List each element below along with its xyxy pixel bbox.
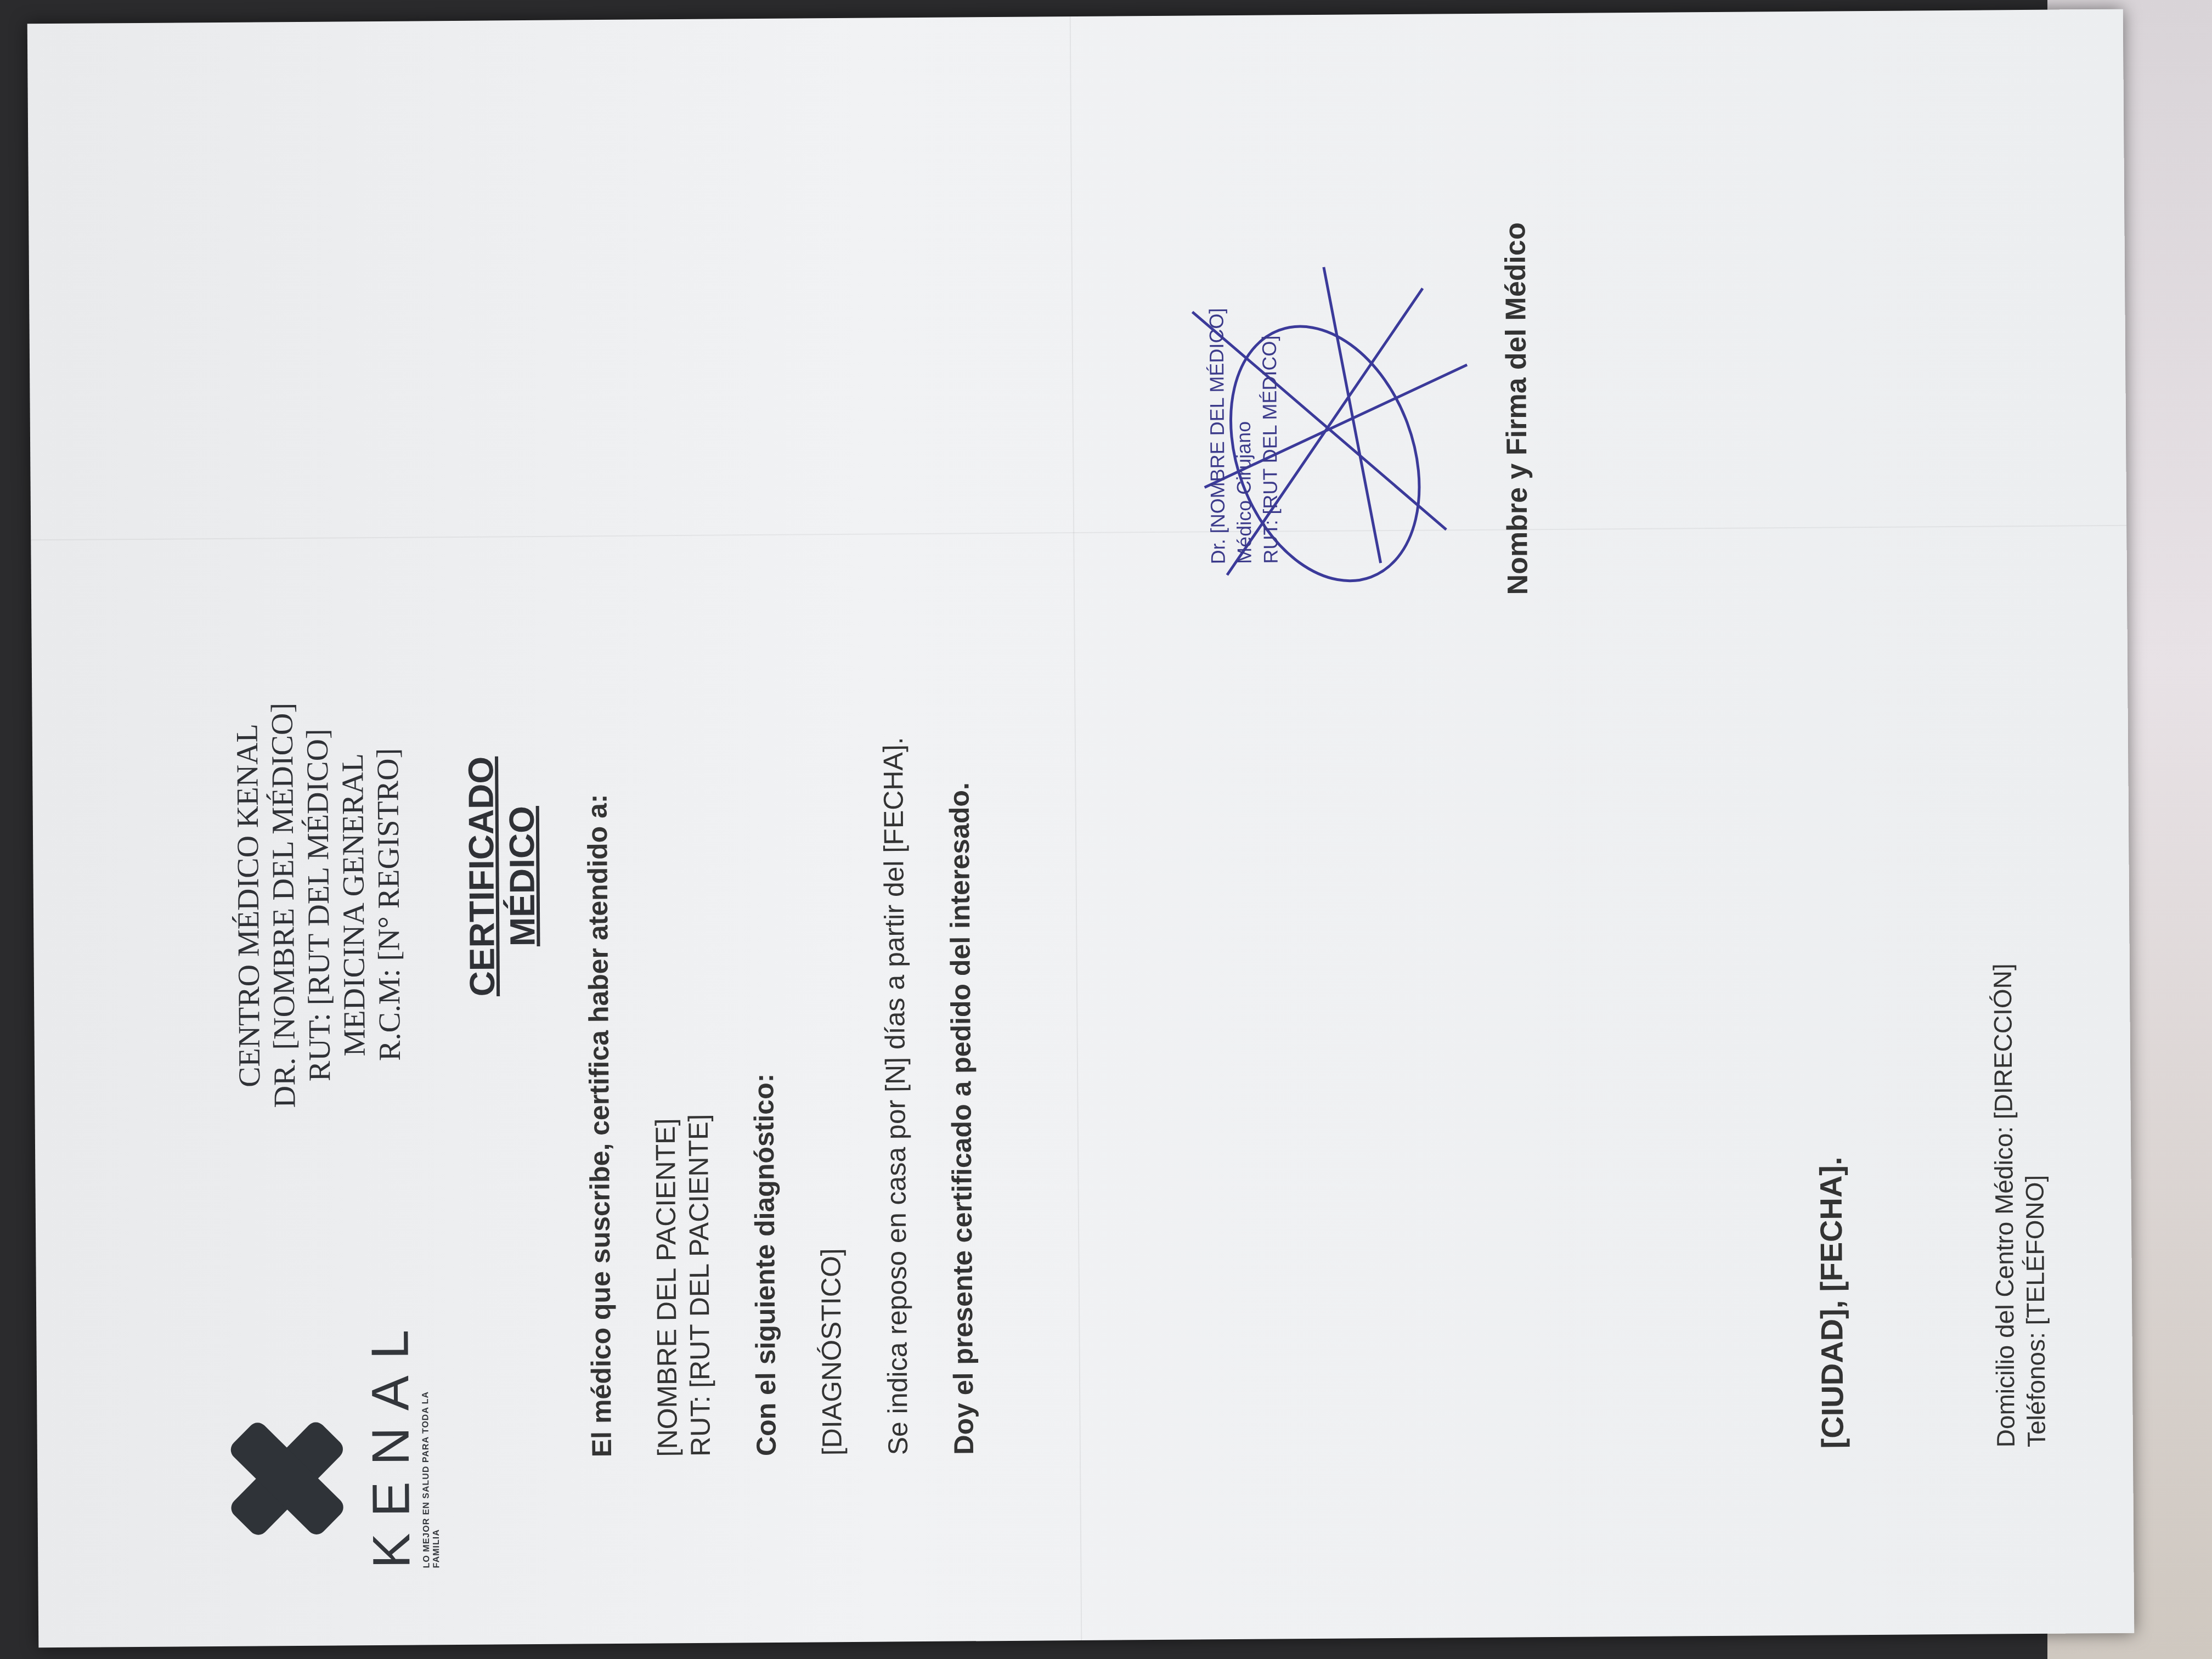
- header-line: MEDICINA GENERAL: [335, 658, 373, 1152]
- medical-cross-icon: [223, 1415, 351, 1542]
- doctor-stamp: Dr. [NOMBRE DEL MÉDICO] Médico Cirujano …: [1203, 308, 1284, 565]
- stamp-line: RUT: [RUT DEL MÉDICO]: [1256, 308, 1284, 564]
- certificate-paper: KENAL LO MEJOR EN SALUD PARA TODA LA FAM…: [27, 9, 2135, 1648]
- header-line: RUT: [RUT DEL MÉDICO]: [300, 658, 338, 1152]
- signature-label: Nombre y Firma del Médico: [1499, 222, 1534, 595]
- logo-brand: KENAL: [360, 1370, 422, 1568]
- diagnosis-label: Con el siguiente diagnóstico:: [741, 139, 782, 1456]
- footer-phones: Teléfonos: [TELÉFONO]: [2018, 963, 2052, 1447]
- document-content: KENAL LO MEJOR EN SALUD PARA TODA LA FAM…: [60, 42, 2101, 1647]
- intro-text: El médico que suscribe, certifica haber …: [577, 140, 618, 1457]
- logo-tagline: LO MEJOR EN SALUD PARA TODA LA FAMILIA: [421, 1370, 442, 1568]
- stamp-line: Médico Cirujano: [1229, 308, 1257, 564]
- kenal-logo: KENAL LO MEJOR EN SALUD PARA TODA LA FAM…: [223, 1370, 442, 1570]
- closing-text: Doy el presente certificado a pedido del…: [939, 138, 980, 1454]
- stamp-line: Dr. [NOMBRE DEL MÉDICO]: [1203, 308, 1231, 564]
- clinic-header: CENTRO MÉDICO KENAL DR. [NOMBRE DEL MÉDI…: [229, 658, 408, 1153]
- rest-note: Se indica reposo en casa por [N] días a …: [873, 138, 914, 1455]
- footer-address: Domicilio del Centro Médico: [DIRECCIÓN]: [1987, 963, 2021, 1447]
- header-line: CENTRO MÉDICO KENAL: [229, 658, 268, 1152]
- header-line: DR. [NOMBRE DEL MÉDICO]: [264, 658, 303, 1152]
- diagnosis: [DIAGNÓSTICO]: [807, 139, 848, 1455]
- date-line: [CIUDAD], [FECHA].: [1813, 1156, 1850, 1448]
- footer: Domicilio del Centro Médico: [DIRECCIÓN]…: [1987, 963, 2052, 1448]
- certificate-title: CERTIFICADO MÉDICO: [460, 684, 544, 1069]
- header-line: R.C.M: [N° REGISTRO]: [370, 658, 408, 1152]
